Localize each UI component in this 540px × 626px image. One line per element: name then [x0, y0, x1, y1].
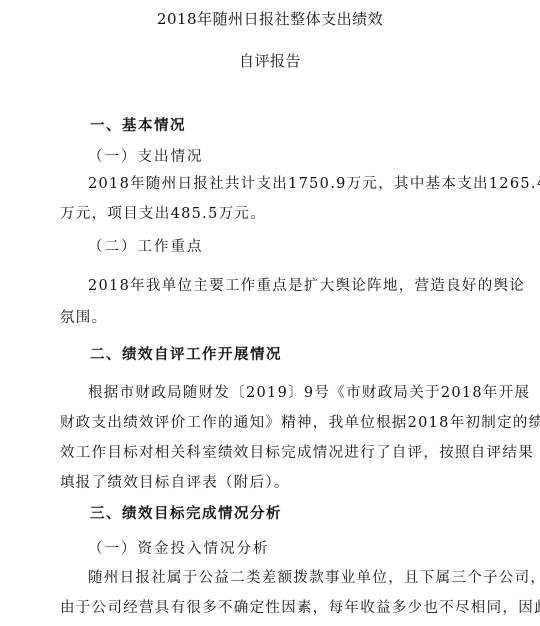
- section-2-paragraph-line-1: 根据市财政局随财发〔2019〕9号《市财政局关于2018年开展: [88, 384, 475, 402]
- section-1-2-paragraph-line-2: 氛围。: [60, 309, 107, 327]
- section-1-heading: 一、基本情况: [90, 117, 186, 135]
- section-1-2-heading: （二）工作重点: [88, 238, 204, 256]
- section-1-2-paragraph-line-1: 2018年我单位主要工作重点是扩大舆论阵地，营造良好的舆论: [88, 277, 475, 295]
- section-1-1-heading: （一）支出情况: [88, 148, 204, 166]
- document-title-line-2: 自评报告: [0, 52, 540, 70]
- section-2-heading: 二、绩效自评工作开展情况: [90, 346, 282, 364]
- section-2-paragraph-line-2: 财政支出绩效评价工作的通知》精神，我单位根据2018年初制定的绩: [60, 414, 475, 432]
- section-2-paragraph-line-4: 填报了绩效目标自评表（附后）。: [60, 474, 290, 492]
- section-2-paragraph-line-3: 效工作目标对相关科室绩效目标完成情况进行了自评，按照自评结果: [60, 444, 475, 462]
- section-1-1-paragraph-line-2: 万元，项目支出485.5万元。: [60, 205, 266, 223]
- section-3-heading: 三、绩效目标完成情况分析: [90, 505, 282, 523]
- section-1-1-paragraph-line-1: 2018年随州日报社共计支出1750.9万元，其中基本支出1265.4: [88, 175, 475, 193]
- section-3-1-paragraph-line-1: 随州日报社属于公益二类差额拨款事业单位，且下属三个子公司，: [88, 569, 475, 587]
- section-3-1-heading: （一）资金投入情况分析: [88, 540, 270, 558]
- section-3-1-paragraph-line-2: 由于公司经营具有很多不确定性因素，每年收益多少也不尽相同，因此: [60, 599, 475, 617]
- document-title-line-1: 2018年随州日报社整体支出绩效: [0, 10, 540, 28]
